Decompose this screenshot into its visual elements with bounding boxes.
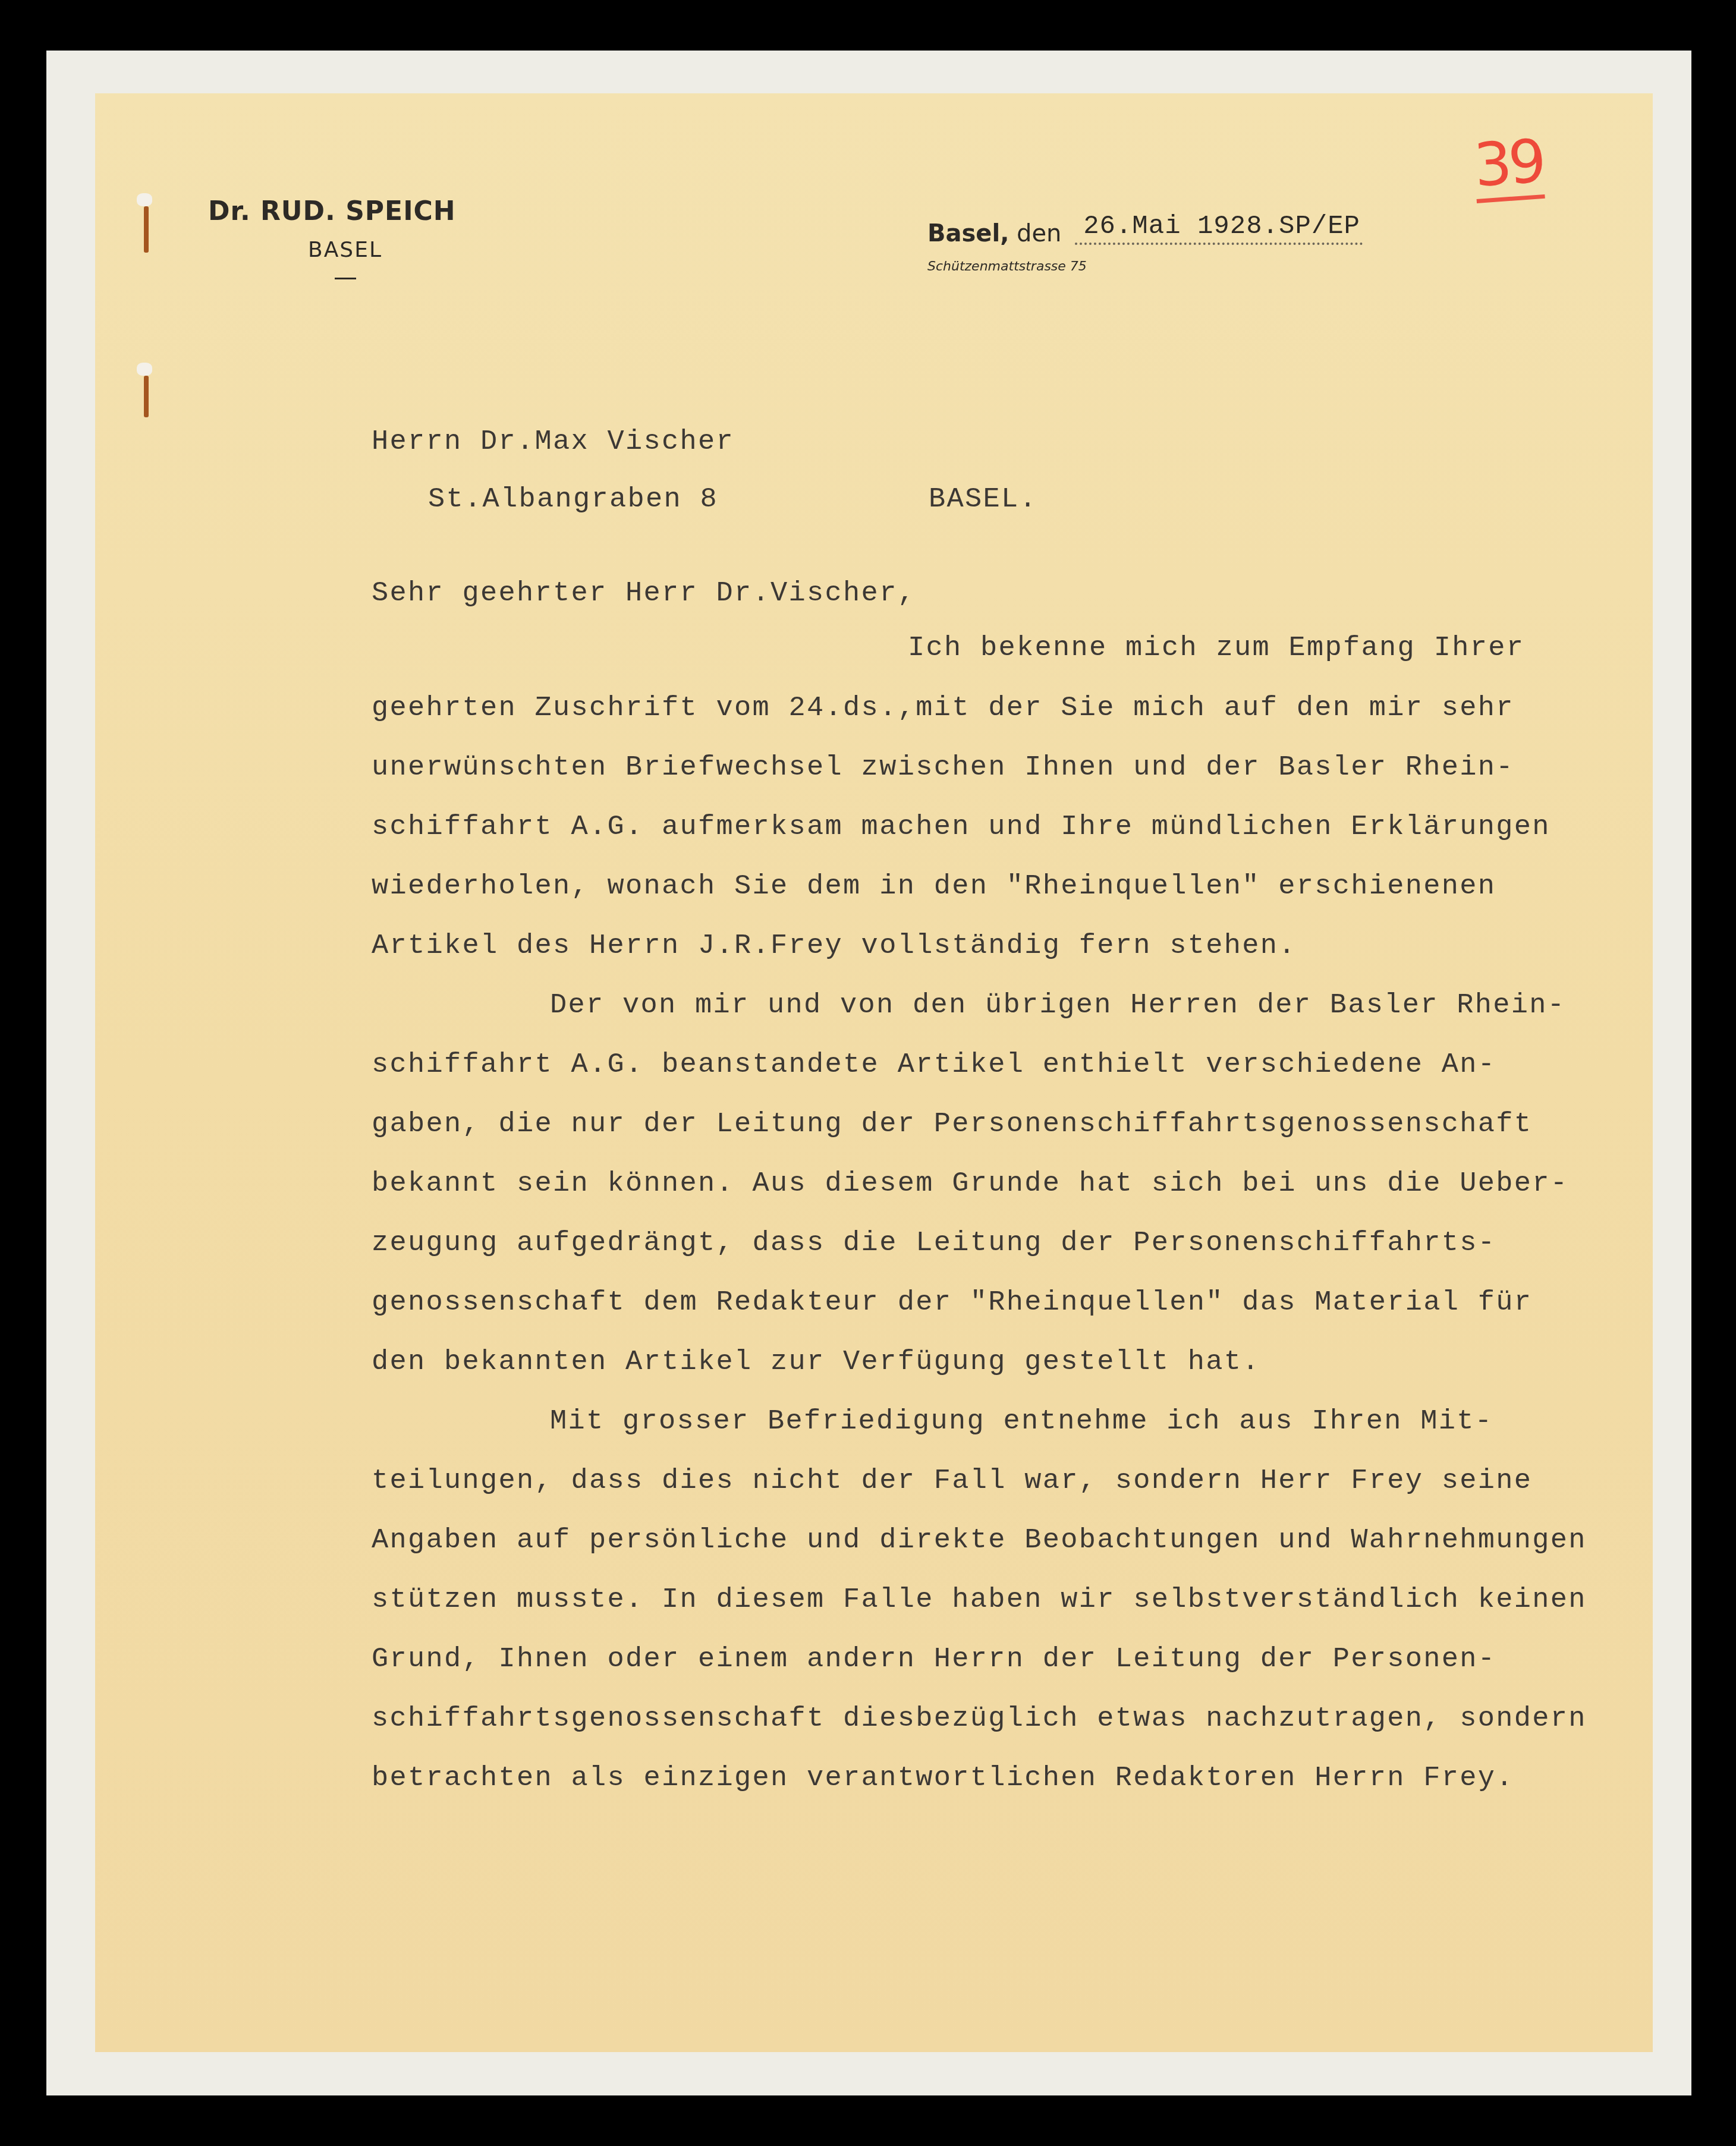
- body-line: gaben, die nur der Leitung der Personens…: [372, 1110, 1532, 1138]
- staple-damage-upper: [137, 193, 161, 253]
- body-line: wiederholen, wonach Sie dem in den "Rhei…: [372, 873, 1496, 901]
- letterhead-city: BASEL: [308, 238, 382, 262]
- body-line: Angaben auf persönliche und direkte Beob…: [372, 1527, 1587, 1555]
- body-line: zeugung aufgedrängt, dass die Leitung de…: [372, 1229, 1496, 1257]
- recipient-name: Herrn Dr.Max Vischer: [372, 428, 734, 456]
- body-line: schiffahrt A.G. aufmerksam machen und Ih…: [372, 813, 1551, 841]
- date-place: Basel,: [927, 220, 1009, 247]
- body-line: stützen musste. In diesem Falle haben wi…: [372, 1586, 1587, 1614]
- letterhead-street: Schützenmattstrasse 75: [927, 259, 1087, 274]
- body-line: unerwünschten Briefwechsel zwischen Ihne…: [372, 754, 1514, 782]
- date-word: den: [1017, 220, 1061, 247]
- body-line: Mit grosser Befriedigung entnehme ich au…: [550, 1408, 1493, 1436]
- body-line: geehrten Zuschrift vom 24.ds.,mit der Si…: [372, 694, 1514, 722]
- staple-damage-lower: [137, 363, 161, 417]
- body-line: Grund, Ihnen oder einem andern Herrn der…: [372, 1645, 1496, 1673]
- body-line: betrachten als einzigen verantwortlichen…: [372, 1764, 1514, 1792]
- letterhead-rule: [335, 278, 356, 279]
- dateline: Basel, den 26.Mai 1928.SP/EP: [927, 220, 1363, 253]
- letterhead-name: Dr. RUD. SPEICH: [208, 196, 456, 226]
- folio-number: 39: [1472, 131, 1545, 203]
- body-line: den bekannten Artikel zur Verfügung gest…: [372, 1348, 1260, 1376]
- body-line: schiffahrt A.G. beanstandete Artikel ent…: [372, 1051, 1496, 1079]
- body-line: Der von mir und von den übrigen Herren d…: [550, 992, 1565, 1019]
- recipient-city: BASEL.: [929, 486, 1037, 514]
- body-line: bekannt sein können. Aus diesem Grunde h…: [372, 1170, 1568, 1198]
- body-line: Ich bekenne mich zum Empfang Ihrer: [908, 634, 1524, 662]
- body-line: genossenschaft dem Redakteur der "Rheinq…: [372, 1289, 1532, 1317]
- recipient-street: St.Albangraben 8: [428, 486, 718, 514]
- body-line: teilungen, dass dies nicht der Fall war,…: [372, 1467, 1532, 1495]
- body-line: Artikel des Herrn J.R.Frey vollständig f…: [372, 932, 1297, 960]
- date-value: 26.Mai 1928.SP/EP: [1075, 212, 1363, 245]
- body-line: schiffahrtsgenossenschaft diesbezüglich …: [372, 1705, 1587, 1733]
- salutation: Sehr geehrter Herr Dr.Vischer,: [372, 580, 916, 608]
